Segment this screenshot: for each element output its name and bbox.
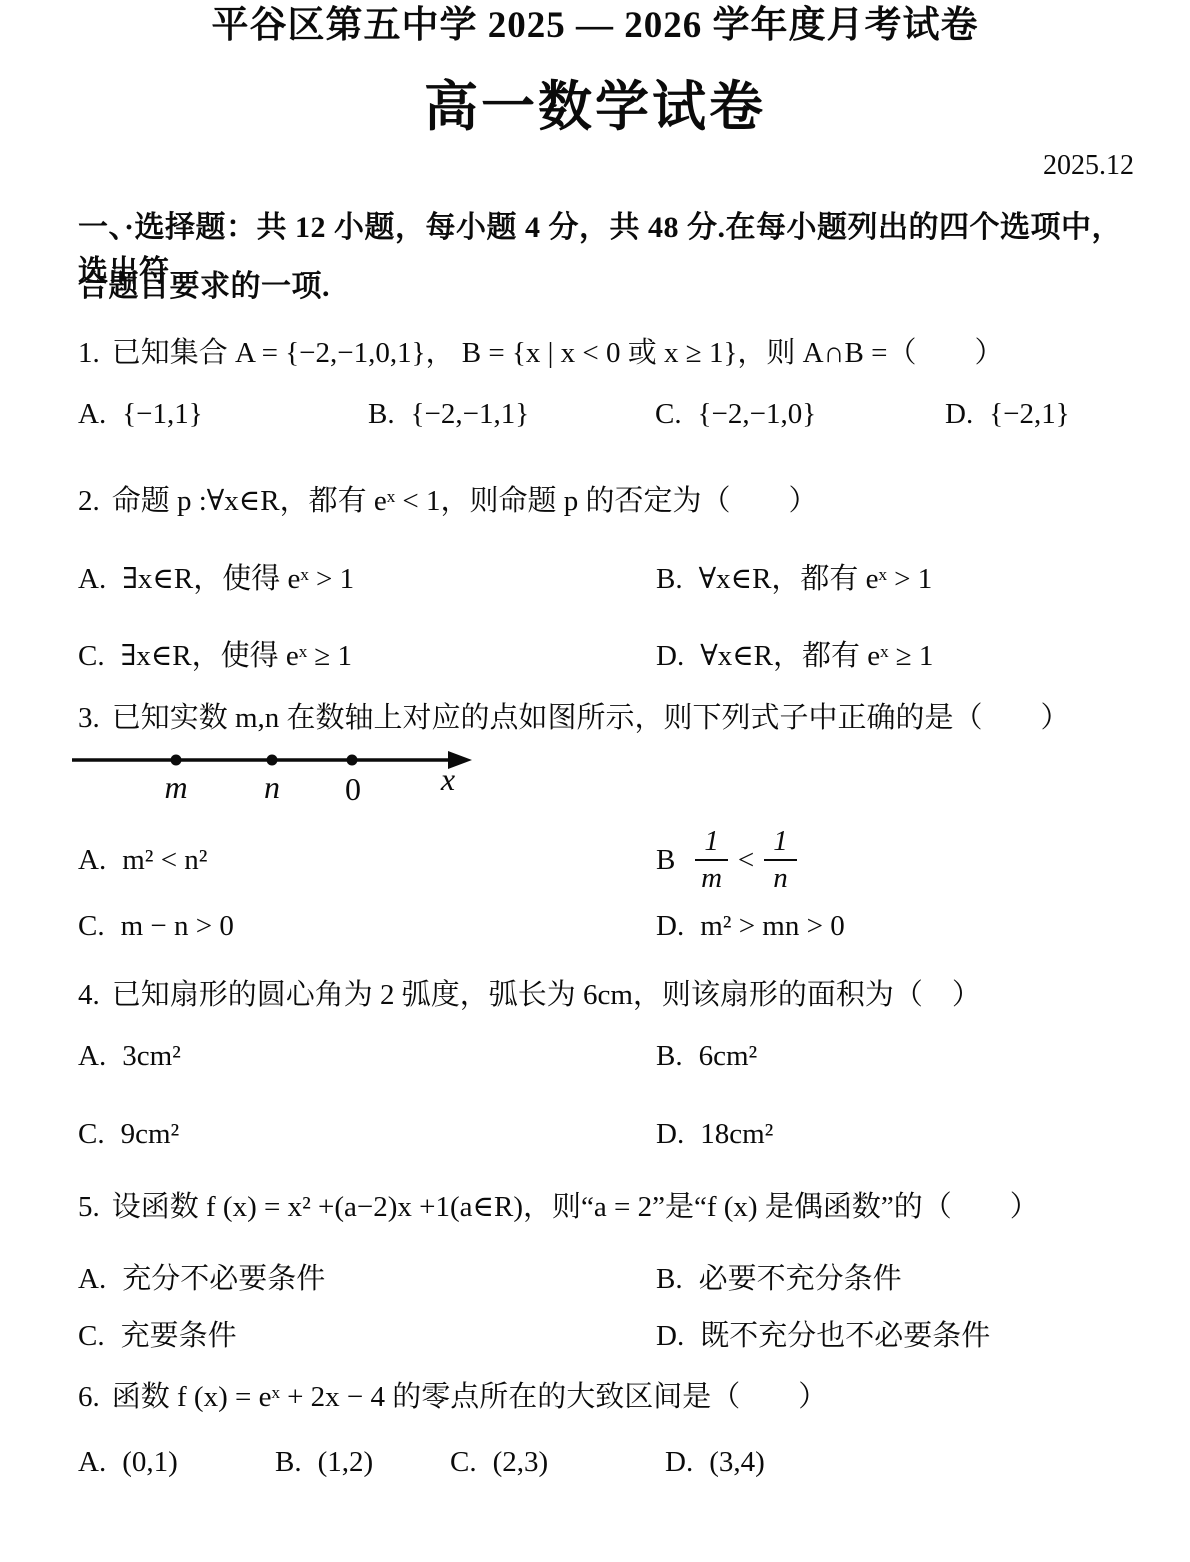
fraction-1-over-n: 1n	[764, 826, 797, 895]
q2-option-d: D.∀x∈R，都有 eˣ ≥ 1	[656, 633, 933, 674]
question-4-stem: 4.已知扇形的圆心角为 2 弧度，弧长为 6cm，则该扇形的面积为（ ）	[78, 972, 1134, 1013]
question-2-text: 命题 p :∀x∈R，都有 eˣ < 1，则命题 p 的否定为（ ）	[112, 485, 818, 517]
question-1-options: A.{−1,1} B.{−2,−1,1} C.{−2,−1,0} D.{−2,1…	[78, 398, 1134, 431]
question-3-number: 3.	[78, 702, 100, 734]
exam-date: 2025.12	[78, 150, 1134, 182]
q1-option-c: C.{−2,−1,0}	[655, 398, 945, 431]
q5-option-a: A.充分不必要条件	[78, 1256, 656, 1297]
label-m: m	[164, 769, 187, 804]
number-line-svg: m n 0 x	[72, 732, 482, 804]
point-n-dot	[267, 755, 278, 766]
q4-option-c: C.9cm²	[78, 1118, 656, 1151]
q1-option-d: D.{−2,1}	[945, 398, 1070, 431]
q6-option-d: D.(3,4)	[665, 1446, 765, 1479]
question-1-stem: 1.已知集合 A = {−2,−1,0,1}， B = {x | x < 0 或…	[78, 330, 1134, 371]
question-2-number: 2.	[78, 485, 100, 517]
less-than-sign: <	[738, 844, 754, 877]
question-3-text: 已知实数 m,n 在数轴上对应的点如图所示，则下列式子中正确的是（ ）	[112, 702, 1070, 734]
question-2-options-row1: A.∃x∈R，使得 eˣ > 1 B.∀x∈R，都有 eˣ > 1	[78, 556, 1134, 597]
question-2-options-row2: C.∃x∈R，使得 eˣ ≥ 1 D.∀x∈R，都有 eˣ ≥ 1	[78, 633, 1134, 674]
question-6-text: 函数 f (x) = eˣ + 2x − 4 的零点所在的大致区间是（ ）	[112, 1381, 828, 1413]
question-5-stem: 5.设函数 f (x) = x² +(a−2)x +1(a∈R)，则“a = 2…	[78, 1184, 1134, 1225]
exam-page: 平谷区第五中学 2025 — 2026 学年度月考试卷 高一数学试卷 2025.…	[0, 0, 1190, 1562]
question-5-options-row2: C.充要条件 D.既不充分也不必要条件	[78, 1313, 1134, 1354]
school-header: 平谷区第五中学 2025 — 2026 学年度月考试卷	[0, 0, 1190, 48]
q2-option-c: C.∃x∈R，使得 eˣ ≥ 1	[78, 633, 656, 674]
q6-option-a: A.(0,1)	[78, 1446, 275, 1479]
question-5-options-row1: A.充分不必要条件 B.必要不充分条件	[78, 1256, 1134, 1297]
question-6-stem: 6.函数 f (x) = eˣ + 2x − 4 的零点所在的大致区间是（ ）	[78, 1374, 1134, 1415]
question-3-options-row2: C.m − n > 0 D.m² > mn > 0	[78, 910, 1134, 943]
question-4-options-row1: A.3cm² B.6cm²	[78, 1040, 1134, 1073]
question-4-options-row2: C.9cm² D.18cm²	[78, 1118, 1134, 1151]
q3-option-b: B 1m < 1n	[656, 826, 801, 895]
point-zero-dot	[347, 755, 358, 766]
question-1-text: 已知集合 A = {−2,−1,0,1}， B = {x | x < 0 或 x…	[112, 337, 1004, 369]
q1-option-a: A.{−1,1}	[78, 398, 368, 431]
q5-option-c: C.充要条件	[78, 1313, 656, 1354]
number-line-figure: m n 0 x	[72, 732, 1134, 809]
q3-option-c: C.m − n > 0	[78, 910, 656, 943]
section-heading-line2: 合题目要求的一项.	[78, 261, 1134, 305]
label-zero: 0	[345, 771, 361, 804]
q4-option-b: B.6cm²	[656, 1040, 757, 1073]
question-4-text: 已知扇形的圆心角为 2 弧度，弧长为 6cm，则该扇形的面积为（ ）	[112, 979, 981, 1011]
q3-option-d: D.m² > mn > 0	[656, 910, 845, 943]
question-4-number: 4.	[78, 979, 100, 1011]
question-3-stem: 3.已知实数 m,n 在数轴上对应的点如图所示，则下列式子中正确的是（ ）	[78, 695, 1134, 736]
q5-option-d: D.既不充分也不必要条件	[656, 1313, 990, 1354]
question-6-options: A.(0,1) B.(1,2) C.(2,3) D.(3,4)	[78, 1446, 1134, 1479]
fraction-1-over-m: 1m	[695, 826, 728, 895]
q5-option-b: B.必要不充分条件	[656, 1256, 902, 1297]
q2-option-b: B.∀x∈R，都有 eˣ > 1	[656, 556, 932, 597]
q6-option-c: C.(2,3)	[450, 1446, 665, 1479]
question-2-stem: 2.命题 p :∀x∈R，都有 eˣ < 1，则命题 p 的否定为（ ）	[78, 478, 1134, 519]
q4-option-a: A.3cm²	[78, 1040, 656, 1073]
question-5-number: 5.	[78, 1191, 100, 1223]
q2-option-a: A.∃x∈R，使得 eˣ > 1	[78, 556, 656, 597]
q6-option-b: B.(1,2)	[275, 1446, 450, 1479]
question-6-number: 6.	[78, 1381, 100, 1413]
label-x-axis: x	[440, 761, 455, 797]
q1-option-b: B.{−2,−1,1}	[368, 398, 655, 431]
label-n: n	[264, 769, 280, 804]
point-m-dot	[171, 755, 182, 766]
q4-option-d: D.18cm²	[656, 1118, 773, 1151]
question-1-number: 1.	[78, 337, 100, 369]
question-5-text: 设函数 f (x) = x² +(a−2)x +1(a∈R)，则“a = 2”是…	[112, 1191, 1039, 1223]
page-title: 高一数学试卷	[0, 64, 1190, 141]
question-3-options-row1: A.m² < n² B 1m < 1n	[78, 812, 1134, 908]
q3-option-a: A.m² < n²	[78, 844, 656, 877]
